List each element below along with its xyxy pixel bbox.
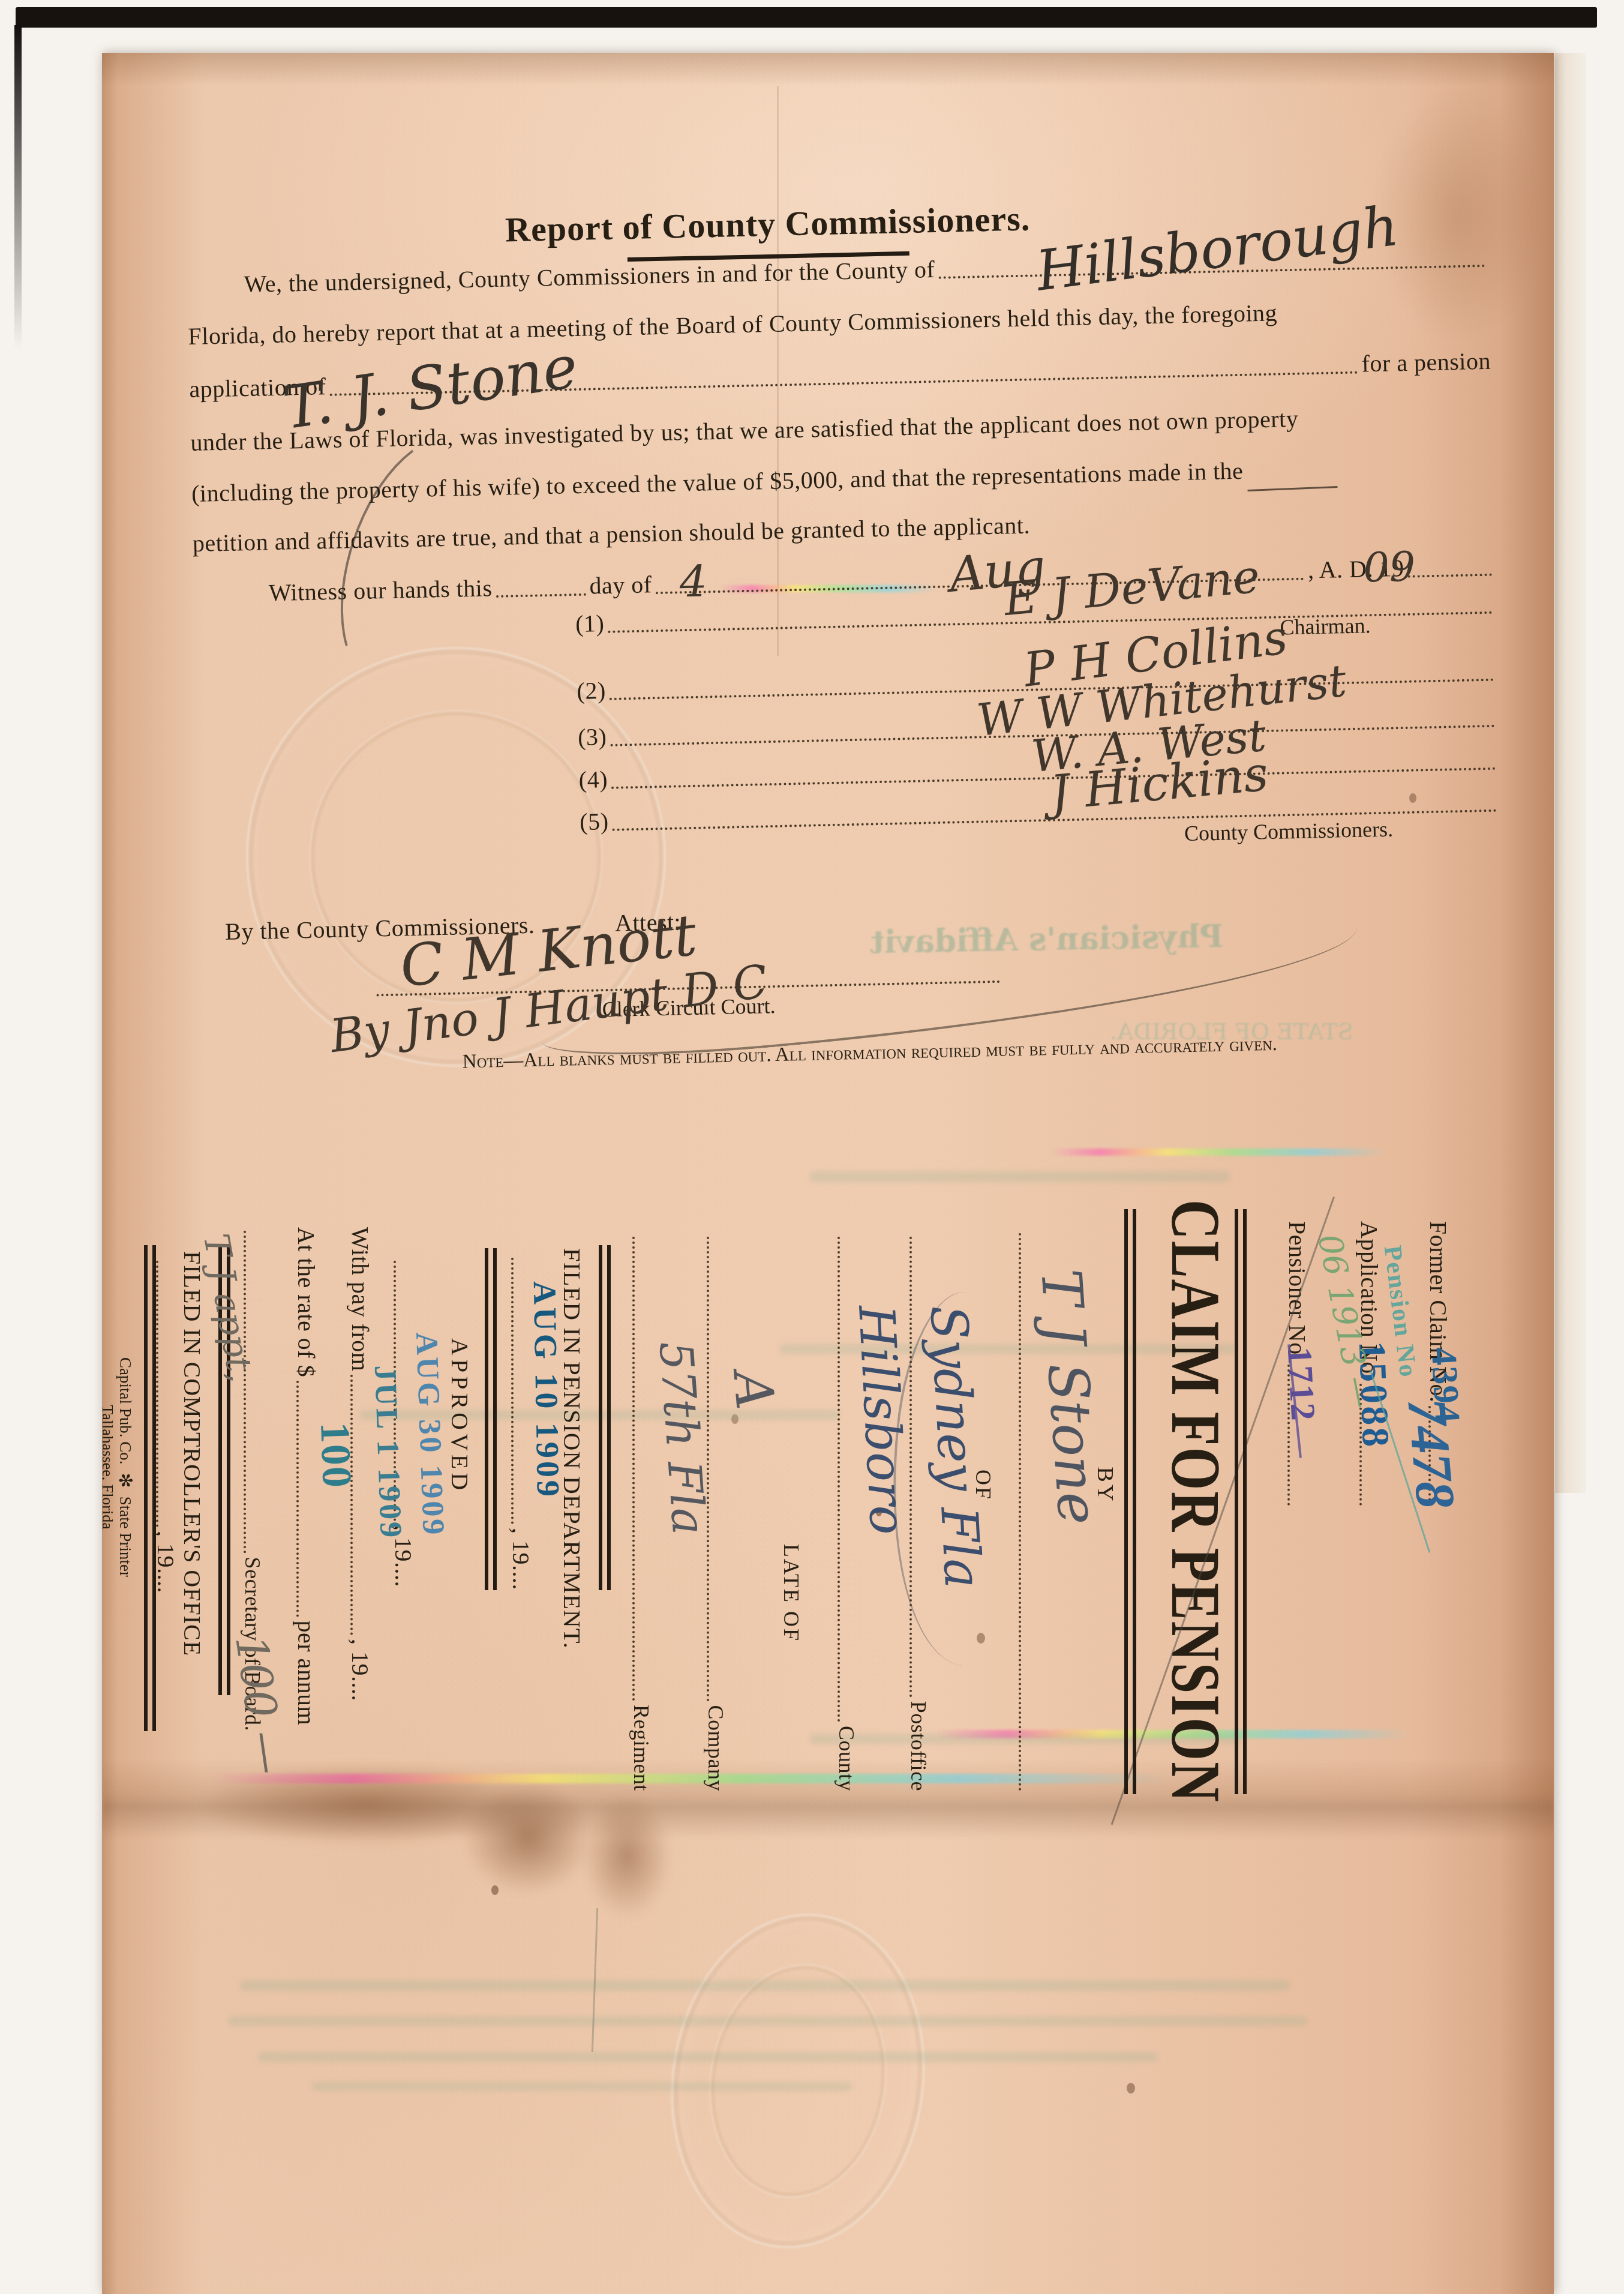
- claimant-signature: T J Stone: [1032, 1267, 1105, 1526]
- line1-text: We, the undersigned, County Commissioner…: [244, 256, 935, 298]
- comptroller-dateline: , 19....: [152, 1257, 179, 1593]
- commissioners-label: County Commissioners.: [1135, 816, 1394, 847]
- pen-flourish: [311, 415, 530, 709]
- sig1-num: (1): [575, 610, 605, 637]
- printer-emblem-icon: ✻: [115, 1473, 136, 1488]
- postoffice-label: Postoffice: [906, 1701, 930, 1791]
- pay-from-date-stamp: JUL 1 1909: [369, 1365, 406, 1540]
- printer-imprint: Capital Pub. Co. ✻ State Printer: [115, 1311, 136, 1623]
- claim-title: CLAIM FOR PENSION: [1164, 1209, 1225, 1794]
- line6-text: petition and affidavits are true, and th…: [193, 512, 1031, 557]
- pencil-note-2: 100 —: [229, 1633, 292, 1777]
- year-suffix: , 19....: [508, 1528, 534, 1590]
- company-label: Company: [703, 1705, 727, 1792]
- fill-line: [632, 1237, 635, 1701]
- rate-pre: At the rate of $: [293, 1227, 319, 1377]
- regiment-row: Regiment: [629, 1233, 653, 1791]
- fill-line: [350, 1375, 353, 1635]
- bleedthrough-line: [240, 1980, 1290, 1991]
- line2-text: Florida, do hereby report that at a meet…: [188, 299, 1278, 350]
- rate-post: per annum: [293, 1621, 319, 1725]
- bleedthrough-line: [228, 2016, 1308, 2026]
- postoffice-value: Sydney Fla: [923, 1304, 989, 1590]
- comptroller-label: FILED IN COMPTROLLER'S OFFICE: [178, 1251, 206, 1656]
- line3-post: for a pension: [1361, 348, 1491, 377]
- approved-label: APPROVED: [446, 1338, 474, 1494]
- regiment-value: 57th Fla: [653, 1340, 712, 1536]
- sig3-num: (3): [578, 724, 607, 751]
- county-label: County: [834, 1726, 858, 1791]
- bleedthrough-line: [312, 2082, 852, 2091]
- printer-city: Tallahassee, Florida: [102, 1311, 116, 1623]
- fill-line: [511, 1258, 514, 1524]
- company-value: A: [725, 1369, 781, 1411]
- county-value: Hillsboro: [851, 1304, 912, 1536]
- printer-title: State Printer: [116, 1497, 134, 1577]
- fill-line: [496, 593, 586, 598]
- pay-pre: With pay from: [347, 1227, 373, 1371]
- pension-no-value: 7478: [1399, 1396, 1464, 1510]
- sig5-num: (5): [580, 808, 609, 835]
- scanned-pension-document: Physician's Affidavit STATE OF FLORIDA. …: [0, 0, 1624, 2294]
- year-suffix: , 19....: [152, 1531, 179, 1593]
- handwriting-day: 4: [679, 559, 707, 603]
- regiment-label: Regiment: [629, 1705, 653, 1791]
- ink-underline: [1247, 486, 1337, 491]
- stain: [582, 1793, 672, 1919]
- sig2-num: (2): [577, 677, 606, 704]
- rate-value-stamp: 100: [313, 1422, 358, 1489]
- late-of-label: LATE OF: [779, 1503, 804, 1683]
- claim-title-text: CLAIM FOR PENSION: [1155, 1200, 1235, 1804]
- claim-section: Former Claim No. Application No. Pension…: [102, 1167, 1554, 1803]
- report-line-2: Florida, do hereby report that at a meet…: [188, 295, 1490, 350]
- embossed-seal-icon: [650, 1897, 946, 2265]
- fill-line: [1408, 574, 1492, 578]
- sig4-num: (4): [578, 766, 608, 793]
- fill-line: [296, 1381, 299, 1617]
- report-section: Report of County Commissioners. We, the …: [102, 53, 1554, 1209]
- line5-text: (including the property of his wife) to …: [191, 458, 1244, 507]
- bleedthrough-line: [258, 2052, 1158, 2062]
- pensioner-value-stamp: 1712: [1282, 1347, 1320, 1423]
- sleeve-edge: [1555, 53, 1586, 1493]
- filed-dept-date-stamp: AUG 10 1909: [529, 1281, 565, 1500]
- printer-name: Capital Pub. Co.: [116, 1357, 134, 1465]
- year-suffix: , 19....: [347, 1639, 373, 1701]
- fill-line: [837, 1237, 840, 1722]
- fill-line: [156, 1261, 158, 1527]
- paper-sheet: Physician's Affidavit STATE OF FLORIDA. …: [102, 53, 1554, 2294]
- scanner-left-edge: [14, 25, 22, 349]
- witness-mid: day of: [589, 571, 652, 599]
- approved-date-stamp: AUG 30 1909: [410, 1332, 449, 1537]
- pensioner-label: Pensioner No.: [1284, 1221, 1310, 1361]
- handwriting-year: 09: [1363, 547, 1416, 589]
- scanner-top-bar: [16, 7, 1597, 28]
